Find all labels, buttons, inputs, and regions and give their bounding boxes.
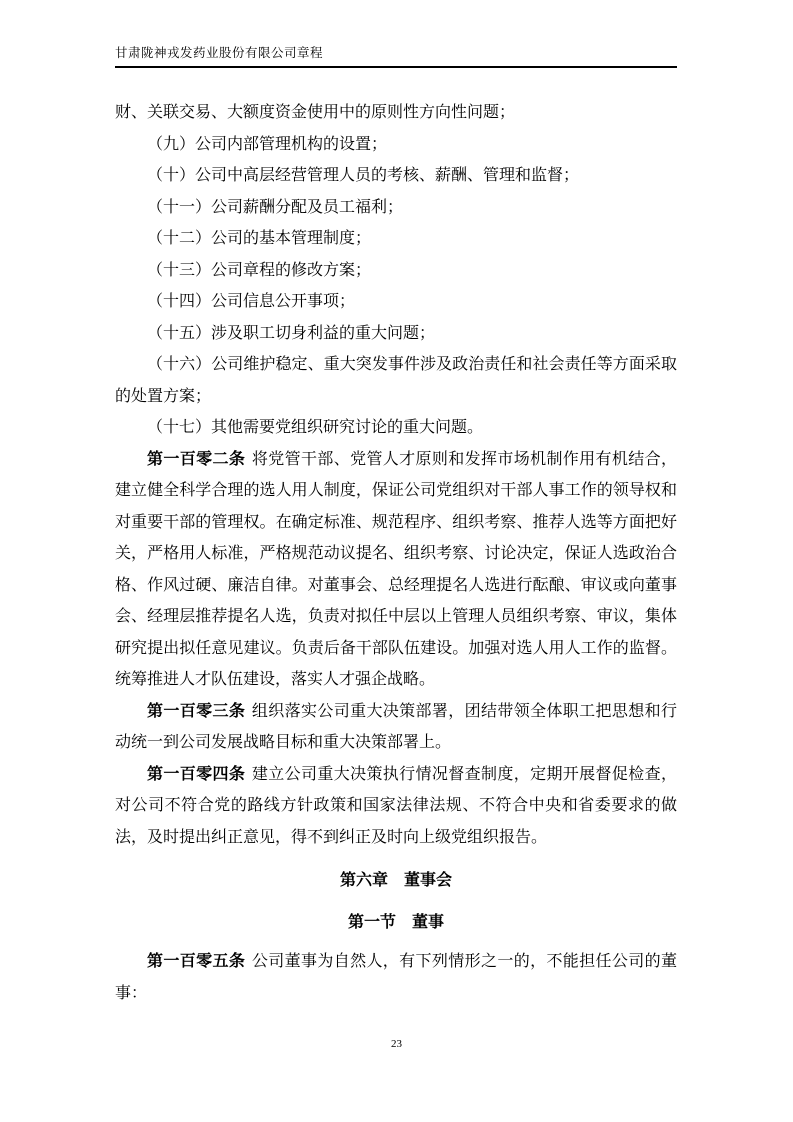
- list-item-13: （十三）公司章程的修改方案；: [115, 255, 677, 287]
- section-heading: 第一节 董事: [115, 907, 677, 939]
- article-102-number: 第一百零二条: [147, 451, 245, 468]
- list-item-16: （十六）公司维护稳定、重大突发事件涉及政治责任和社会责任等方面采取的处置方案；: [115, 349, 677, 412]
- list-item-17: （十七）其他需要党组织研究讨论的重大问题。: [115, 412, 677, 444]
- article-104-number: 第一百零四条: [147, 766, 245, 783]
- article-105-number: 第一百零五条: [147, 953, 245, 970]
- list-item-15: （十五）涉及职工切身利益的重大问题；: [115, 318, 677, 350]
- article-105: 第一百零五条公司董事为自然人，有下列情形之一的，不能担任公司的董事：: [115, 946, 677, 1009]
- article-103: 第一百零三条组织落实公司重大决策部署，团结带领全体职工把思想和行动统一到公司发展…: [115, 696, 677, 759]
- document-body: 财、关联交易、大额度资金使用中的原则性方向性问题； （九）公司内部管理机构的设置…: [115, 97, 677, 1009]
- header-title: 甘肃陇神戎发药业股份有限公司章程: [115, 46, 323, 60]
- article-104: 第一百零四条建立公司重大决策执行情况督查制度，定期开展督促检查，对公司不符合党的…: [115, 759, 677, 854]
- list-item-9: （九）公司内部管理机构的设置；: [115, 129, 677, 161]
- continuation-paragraph: 财、关联交易、大额度资金使用中的原则性方向性问题；: [115, 97, 677, 129]
- list-item-14: （十四）公司信息公开事项；: [115, 286, 677, 318]
- article-102-text: 将党管干部、党管人才原则和发挥市场机制作用有机结合，建立健全科学合理的选人用人制…: [115, 451, 677, 689]
- document-page: 甘肃陇神戎发药业股份有限公司章程 财、关联交易、大额度资金使用中的原则性方向性问…: [0, 0, 793, 1122]
- chapter-heading: 第六章 董事会: [115, 865, 677, 897]
- article-103-number: 第一百零三条: [147, 703, 245, 720]
- list-item-12: （十二）公司的基本管理制度；: [115, 223, 677, 255]
- document-footer: 23: [0, 1038, 793, 1051]
- article-102: 第一百零二条将党管干部、党管人才原则和发挥市场机制作用有机结合，建立健全科学合理…: [115, 444, 677, 696]
- page-number: 23: [391, 1038, 402, 1050]
- list-item-11: （十一）公司薪酬分配及员工福利；: [115, 192, 677, 224]
- document-header: 甘肃陇神戎发药业股份有限公司章程: [115, 46, 677, 68]
- list-item-10: （十）公司中高层经营管理人员的考核、薪酬、管理和监督；: [115, 160, 677, 192]
